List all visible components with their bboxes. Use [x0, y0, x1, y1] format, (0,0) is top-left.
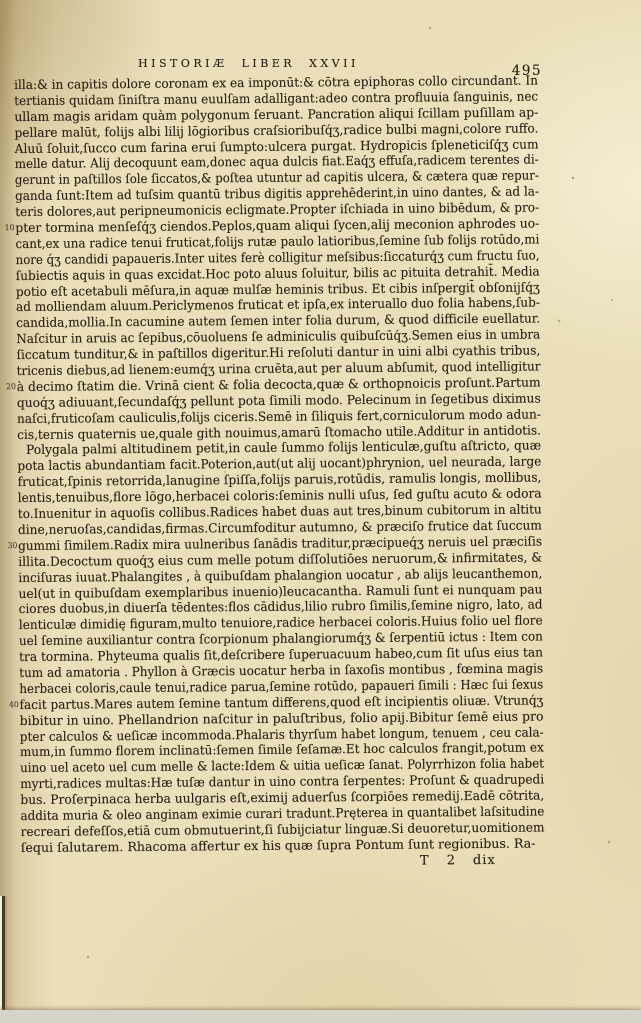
margin-line-number: 10 [5, 224, 15, 232]
catchword: dix [473, 852, 496, 867]
margin-line-number: 30 [8, 542, 18, 550]
scan-edge [0, 1010, 641, 1023]
spine-shadow [0, 0, 16, 1023]
margin-line-number: 20 [6, 383, 16, 391]
book-page-scan: HISTORIÆ LIBER XXVII 495 illa:& in capit… [0, 0, 641, 1023]
text-block: illa:& in capitis dolore coronam ex ea i… [14, 72, 545, 855]
running-title: HISTORIÆ LIBER XXVII [138, 57, 359, 70]
margin-line-number: 40 [9, 701, 19, 709]
signature-row: T 2 dix [21, 852, 545, 873]
book-spine-edge [0, 896, 7, 1010]
gathering-signature: T 2 [420, 853, 455, 868]
text-content: illa:& in capitis dolore coronam ex ea i… [14, 72, 545, 872]
